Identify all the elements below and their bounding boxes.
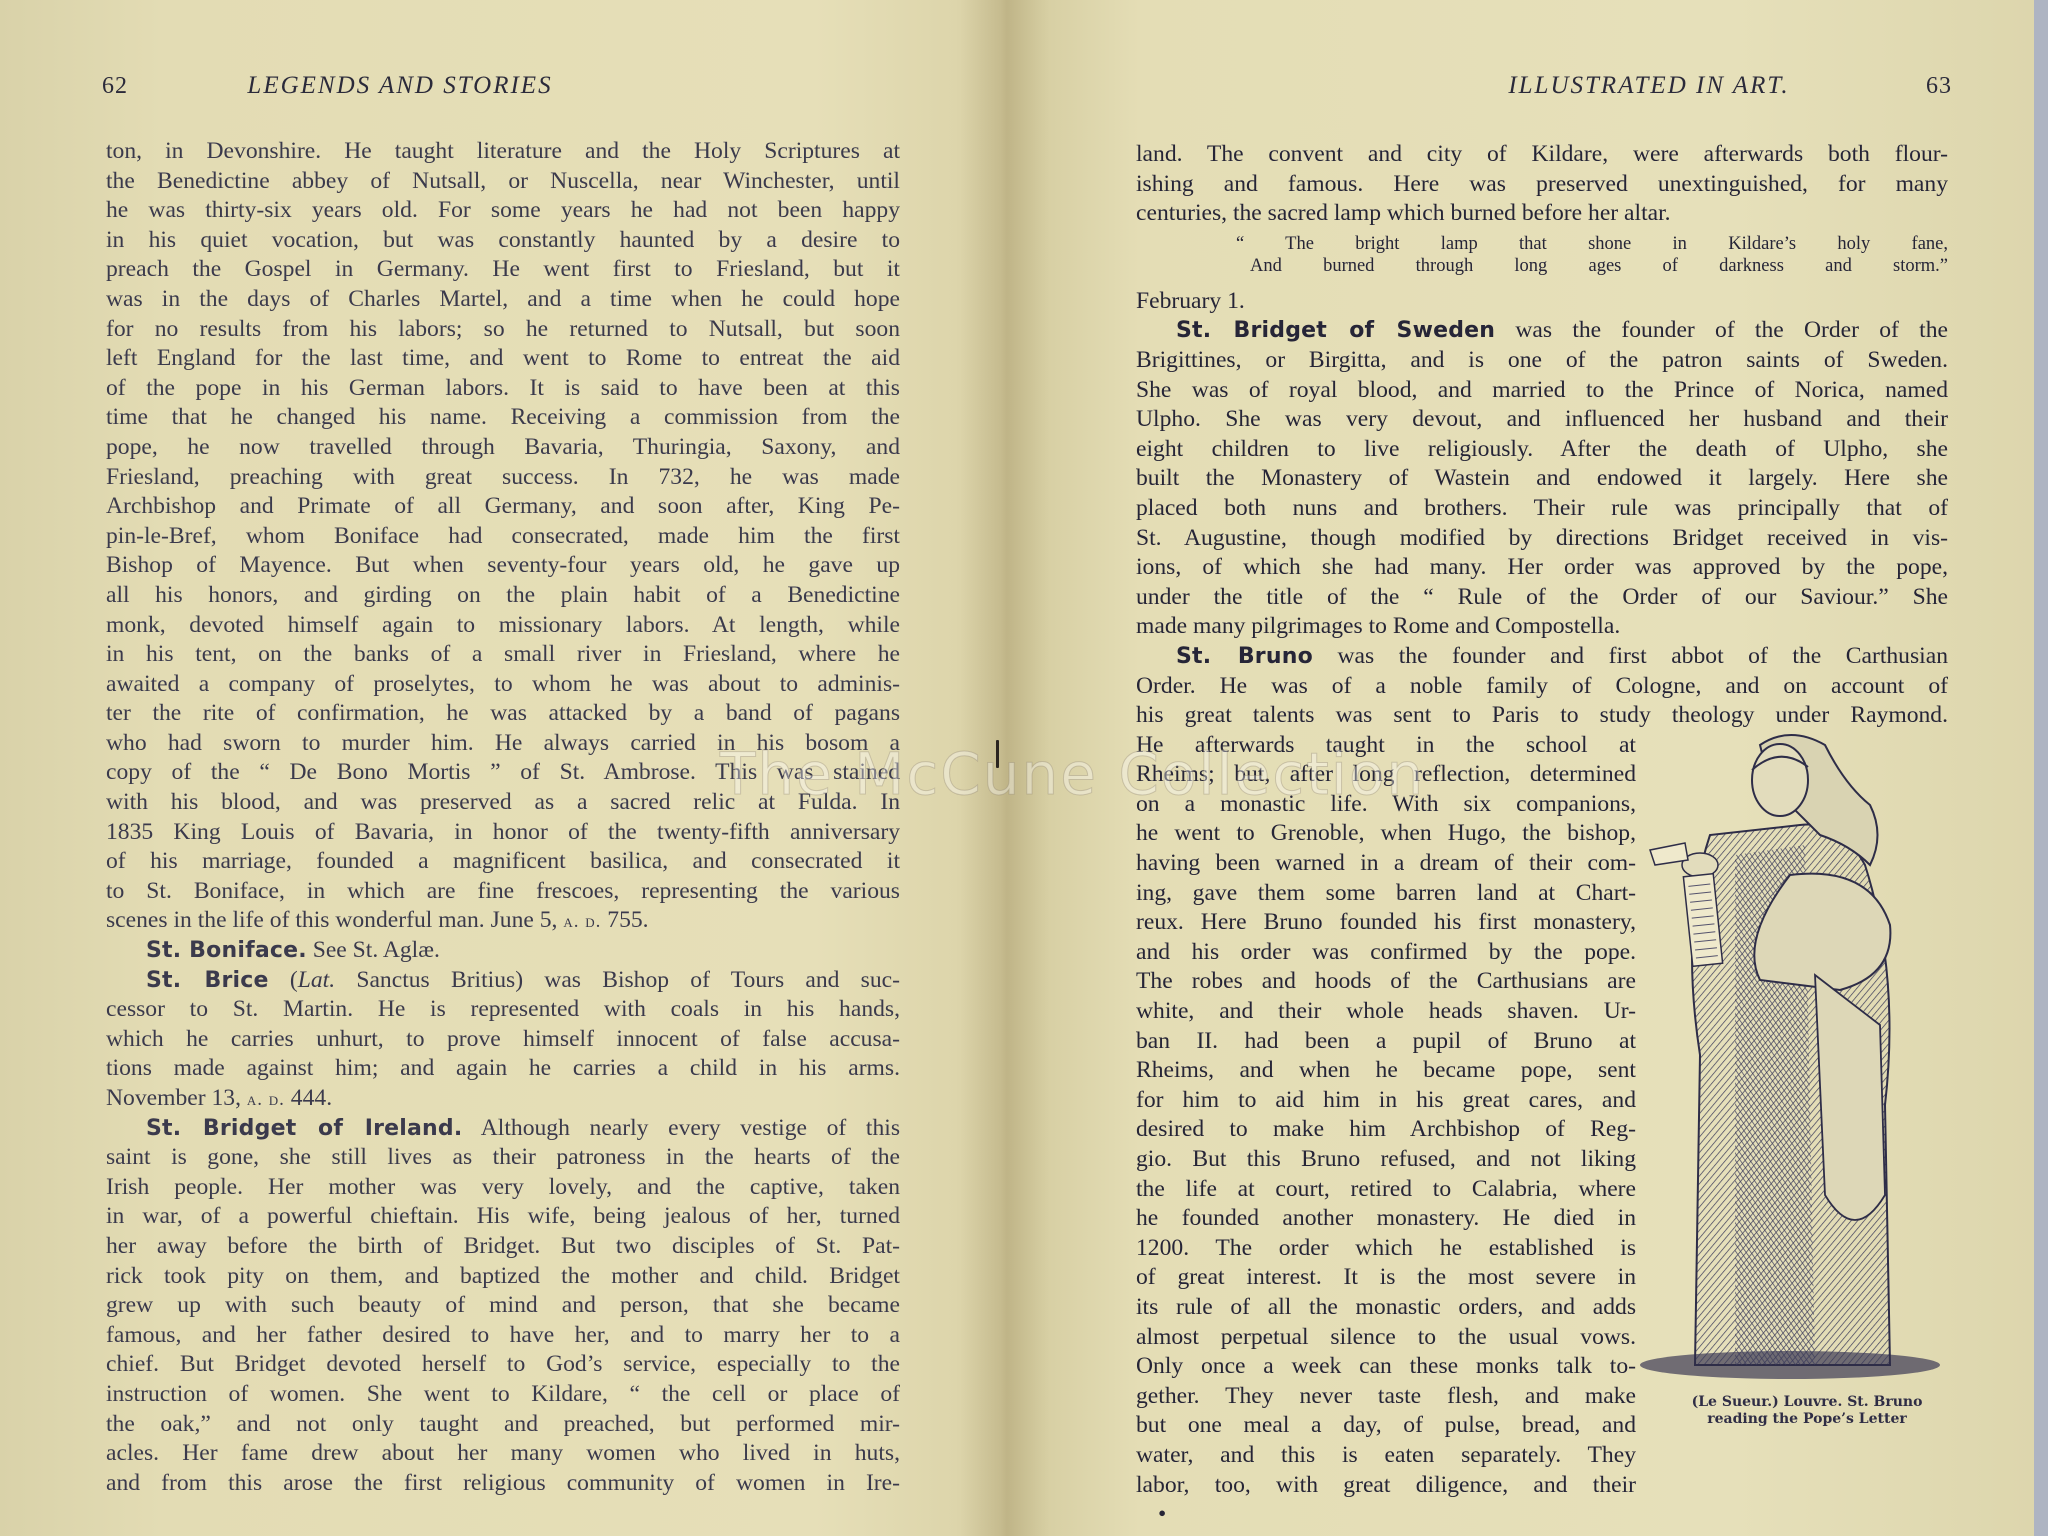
- text-line: to St. Boniface, in which are fine fresc…: [106, 877, 900, 907]
- saint-name-bridget-ireland: St. Bridget of Ireland.: [146, 1116, 462, 1141]
- text-line: was in the days of Charles Martel, and a…: [106, 285, 900, 315]
- page-number-left: 62: [102, 73, 128, 100]
- text-line: centuries, the sacred lamp which burned …: [1136, 199, 1948, 229]
- bridget-sweden-heading-line: St. Bridget of Sweden was the founder of…: [1136, 316, 1948, 346]
- date-heading: February 1.: [1136, 287, 1948, 317]
- running-head-title-left: LEGENDS AND STORIES: [247, 72, 552, 100]
- text-line: cessor to St. Martin. He is represented …: [106, 995, 900, 1025]
- text-line: who had sworn to murder him. He always c…: [106, 729, 900, 759]
- text-line: labor, too, with great diligence, and th…: [1136, 1471, 1948, 1501]
- brice-paragraph: cessor to St. Martin. He is represented …: [106, 995, 900, 1084]
- text-line: She was of royal blood, and married to t…: [1136, 376, 1948, 406]
- text-line: eight children to live religiously. Afte…: [1136, 435, 1948, 465]
- text-line: pope, he now travelled through Bavaria, …: [106, 433, 900, 463]
- text-line: in his tent, on the banks of a small riv…: [106, 640, 900, 670]
- text-line: built the Monastery of Wastein and endow…: [1136, 464, 1948, 494]
- text-line: in his quiet vocation, but was constantl…: [106, 226, 900, 256]
- text-line: the oak,” and not only taught and preach…: [106, 1410, 900, 1440]
- text-line: copy of the “ De Bono Mortis ” of St. Am…: [106, 758, 900, 788]
- caption-line-2: reading the Pope’s Letter: [1662, 1411, 1952, 1428]
- boniface-paragraph: ton, in Devonshire. He taught literature…: [106, 137, 900, 906]
- text-line: Ulpho. She was very devout, and influenc…: [1136, 405, 1948, 435]
- running-head-title-right: ILLUSTRATED IN ART.: [1508, 72, 1789, 100]
- signature-mark: •: [1136, 1500, 1948, 1530]
- text-line: Brigittines, or Birgitta, and is one of …: [1136, 346, 1948, 376]
- text-line: famous, and her father desired to have h…: [106, 1321, 900, 1351]
- text-line: in war, of a powerful chieftain. His wif…: [106, 1202, 900, 1232]
- text-line: saint is gone, she still lives as their …: [106, 1143, 900, 1173]
- text-line: scenes in the life of this wonderful man…: [106, 906, 900, 936]
- text-line: with his blood, and was preserved as a s…: [106, 788, 900, 818]
- monk-figure-icon: [1640, 725, 1940, 1405]
- text-line: of the pope in his German labors. It is …: [106, 374, 900, 404]
- bridget-ireland-paragraph: saint is gone, she still lives as their …: [106, 1143, 900, 1498]
- book-spread: 62 LEGENDS AND STORIES ton, in Devonshir…: [0, 0, 2034, 1536]
- page-number-right: 63: [1926, 73, 1952, 100]
- saint-name-bridget-sweden: St. Bridget of Sweden: [1176, 318, 1495, 343]
- background-edge: [2034, 0, 2048, 1536]
- text-line: ton, in Devonshire. He taught literature…: [106, 137, 900, 167]
- text-line: chief. But Bridget devoted herself to Go…: [106, 1350, 900, 1380]
- boniface-cross-reference: St. Boniface. See St. Aglæ.: [106, 936, 900, 966]
- text-line: grew up with such beauty of mind and per…: [106, 1291, 900, 1321]
- text-line: placed both nuns and brothers. Their rul…: [1136, 494, 1948, 524]
- text-line: for no results from his labors; so he re…: [106, 315, 900, 345]
- kildare-continuation: land. The convent and city of Kildare, w…: [1136, 140, 1948, 199]
- left-running-head: 62 LEGENDS AND STORIES: [102, 72, 682, 100]
- text-line: under the title of the “ Rule of the Ord…: [1136, 583, 1948, 613]
- text-line: ter the rite of confirmation, he was att…: [106, 699, 900, 729]
- text-line: tions made against him; and again he car…: [106, 1054, 900, 1084]
- text-line: instruction of women. She went to Kildar…: [106, 1380, 900, 1410]
- text-line: made many pilgrimages to Rome and Compos…: [1136, 612, 1948, 642]
- bridget-ireland-heading-line: St. Bridget of Ireland. Although nearly …: [106, 1114, 900, 1144]
- saint-name-bruno: St. Bruno: [1176, 644, 1313, 669]
- text-line: acles. Her fame drew about her many wome…: [106, 1439, 900, 1469]
- text-line: St. Augustine, though modified by direct…: [1136, 524, 1948, 554]
- bridget-sweden-paragraph: Brigittines, or Birgitta, and is one of …: [1136, 346, 1948, 612]
- left-page: 62 LEGENDS AND STORIES ton, in Devonshir…: [0, 0, 1000, 1536]
- figure-caption: (Le Sueur.) Louvre. St. Bruno reading th…: [1662, 1394, 1952, 1428]
- text-line: 1835 King Louis of Bavaria, in honor of …: [106, 818, 900, 848]
- saint-name-boniface: St. Boniface.: [146, 938, 307, 963]
- text-line: and from this arose the first religious …: [106, 1469, 900, 1499]
- verse-quote: “ The bright lamp that shone in Kildare’…: [1136, 233, 1948, 277]
- text-line: Irish people. Her mother was very lovely…: [106, 1173, 900, 1203]
- brice-heading-line: St. Brice (Lat. Sanctus Britius) was Bis…: [106, 966, 900, 996]
- text-line: awaited a company of proselytes, to whom…: [106, 670, 900, 700]
- st-bruno-engraving: [1640, 725, 1940, 1465]
- text-line: her away before the birth of Bridget. Bu…: [106, 1232, 900, 1262]
- text-line: land. The convent and city of Kildare, w…: [1136, 140, 1948, 170]
- text-line: the Benedictine abbey of Nutsall, or Nus…: [106, 167, 900, 197]
- text-line: time that he changed his name. Receiving…: [106, 403, 900, 433]
- text-line: ishing and famous. Here was preserved un…: [1136, 170, 1948, 200]
- text-line: monk, devoted himself again to missionar…: [106, 611, 900, 641]
- text-line: pin-le-Bref, whom Boniface had consecrat…: [106, 522, 900, 552]
- saint-name-brice: St. Brice: [146, 968, 269, 993]
- bruno-paragraph-full-width: Order. He was of a noble family of Colog…: [1136, 672, 1948, 731]
- text-line: which he carries unhurt, to prove himsel…: [106, 1025, 900, 1055]
- text-line: November 13, a. d. 444.: [106, 1084, 900, 1114]
- caption-line-1: (Le Sueur.) Louvre. St. Bruno: [1662, 1394, 1952, 1411]
- text-line: Friesland, preaching with great success.…: [106, 463, 900, 493]
- text-line: rick took pity on them, and baptized the…: [106, 1262, 900, 1292]
- text-line: Order. He was of a noble family of Colog…: [1136, 672, 1948, 702]
- text-line: all his honors, and girding on the plain…: [106, 581, 900, 611]
- left-text-block: ton, in Devonshire. He taught literature…: [106, 137, 900, 1498]
- text-line: of his marriage, founded a magnificent b…: [106, 847, 900, 877]
- right-running-head: ILLUSTRATED IN ART. 63: [1362, 72, 1952, 100]
- text-line: preach the Gospel in Germany. He went fi…: [106, 255, 900, 285]
- text-line: ions, of which she had many. Her order w…: [1136, 553, 1948, 583]
- text-line: left England for the last time, and went…: [106, 344, 900, 374]
- text-line: Bishop of Mayence. But when seventy-four…: [106, 551, 900, 581]
- text-line: he was thirty-six years old. For some ye…: [106, 196, 900, 226]
- bruno-heading-line: St. Bruno was the founder and first abbo…: [1136, 642, 1948, 672]
- right-page: ILLUSTRATED IN ART. 63 land. The convent…: [1040, 0, 2034, 1536]
- text-line: Archbishop and Primate of all Germany, a…: [106, 492, 900, 522]
